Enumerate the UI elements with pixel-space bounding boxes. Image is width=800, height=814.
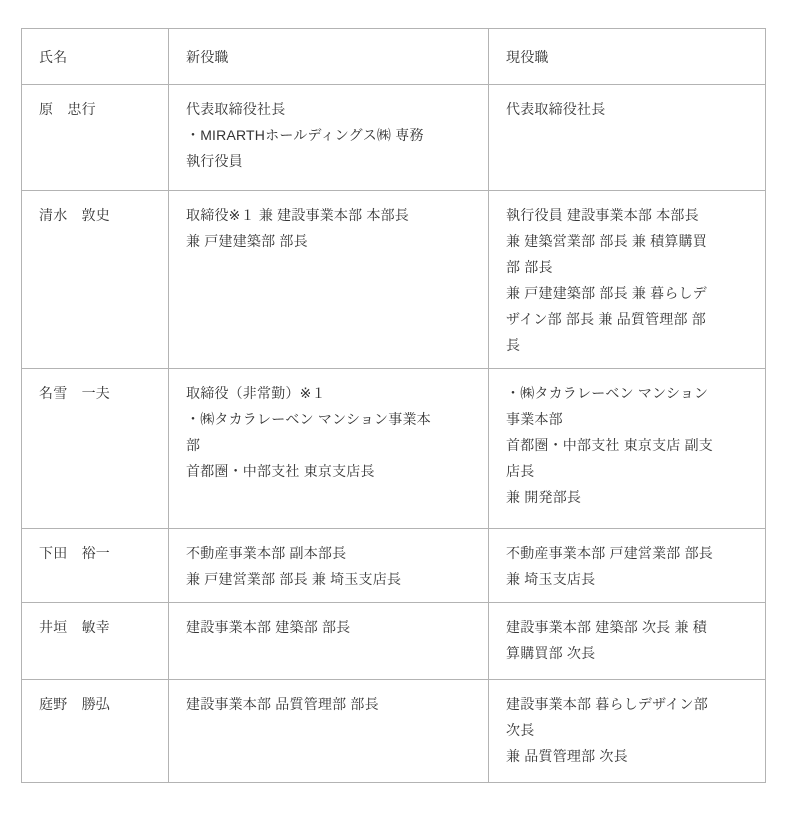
cell-current-position: 代表取締役社長 [489,85,766,191]
cell-name: 下田 裕一 [22,529,169,603]
cell-name: 名雪 一夫 [22,369,169,529]
cell-current-position: 執行役員 建設事業本部 本部長 兼 建築営業部 部長 兼 積算購買 部 部長 兼… [489,191,766,369]
header-new-position: 新役職 [169,29,489,85]
cell-new-position: 不動産事業本部 副本部長 兼 戸建営業部 部長 兼 埼玉支店長 [169,529,489,603]
cell-new-position: 建設事業本部 建築部 部長 [169,603,489,680]
cell-new-position: 取締役※１ 兼 建設事業本部 本部長 兼 戸建建築部 部長 [169,191,489,369]
cell-new-position: 取締役（非常勤）※１ ・㈱タカラレーベン マンション事業本 部 首都圏・中部支社… [169,369,489,529]
header-current-position: 現役職 [489,29,766,85]
page: 氏名 新役職 現役職 原 忠行 代表取締役社長 ・MIRARTHホールディングス… [0,0,800,814]
cell-current-position: 建設事業本部 暮らしデザイン部 次長 兼 品質管理部 次長 [489,680,766,783]
table-row: 原 忠行 代表取締役社長 ・MIRARTHホールディングス㈱ 専務 執行役員 代… [22,85,766,191]
table-row: 名雪 一夫 取締役（非常勤）※１ ・㈱タカラレーベン マンション事業本 部 首都… [22,369,766,529]
cell-current-position: 不動産事業本部 戸建営業部 部長 兼 埼玉支店長 [489,529,766,603]
header-name: 氏名 [22,29,169,85]
table-row: 下田 裕一 不動産事業本部 副本部長 兼 戸建営業部 部長 兼 埼玉支店長 不動… [22,529,766,603]
cell-name: 原 忠行 [22,85,169,191]
cell-name: 井垣 敏幸 [22,603,169,680]
cell-name: 清水 敦史 [22,191,169,369]
table-row: 清水 敦史 取締役※１ 兼 建設事業本部 本部長 兼 戸建建築部 部長 執行役員… [22,191,766,369]
cell-new-position: 代表取締役社長 ・MIRARTHホールディングス㈱ 専務 執行役員 [169,85,489,191]
personnel-table: 氏名 新役職 現役職 原 忠行 代表取締役社長 ・MIRARTHホールディングス… [21,28,766,783]
cell-current-position: 建設事業本部 建築部 次長 兼 積 算購買部 次長 [489,603,766,680]
cell-new-position: 建設事業本部 品質管理部 部長 [169,680,489,783]
cell-current-position: ・㈱タカラレーベン マンション 事業本部 首都圏・中部支社 東京支店 副支 店長… [489,369,766,529]
cell-name: 庭野 勝弘 [22,680,169,783]
table-row: 庭野 勝弘 建設事業本部 品質管理部 部長 建設事業本部 暮らしデザイン部 次長… [22,680,766,783]
table-row: 井垣 敏幸 建設事業本部 建築部 部長 建設事業本部 建築部 次長 兼 積 算購… [22,603,766,680]
table-header-row: 氏名 新役職 現役職 [22,29,766,85]
